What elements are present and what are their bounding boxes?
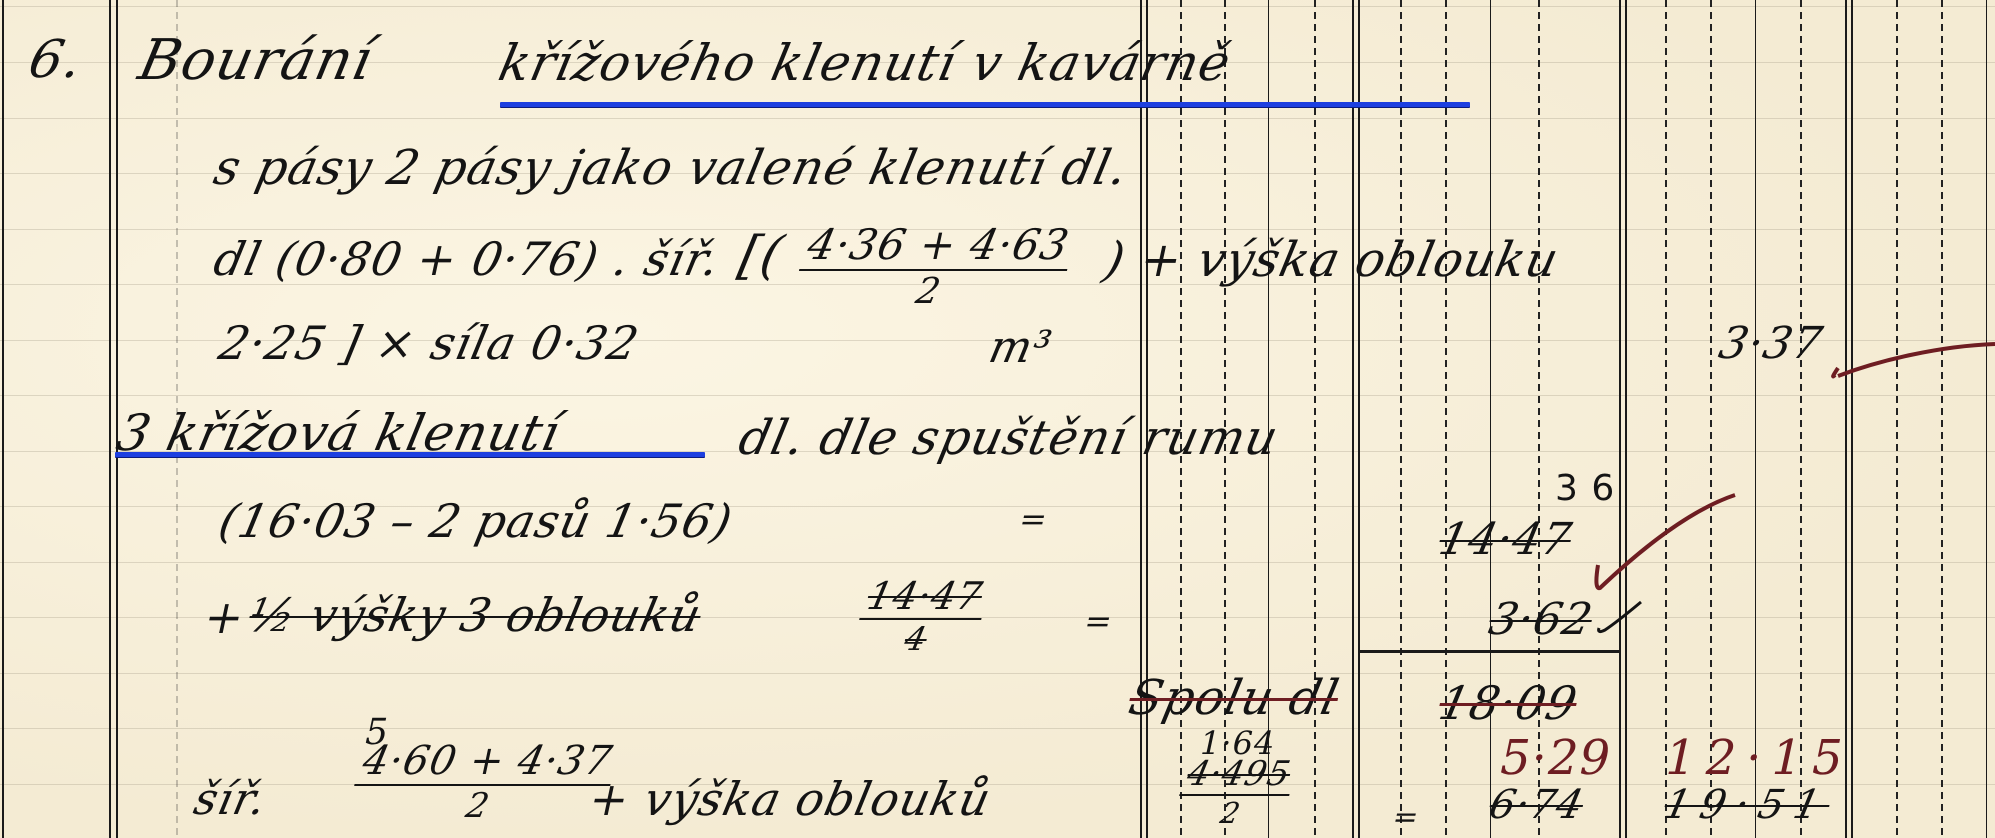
checkmark-icon bbox=[1595, 598, 1645, 638]
highlight-underline bbox=[115, 452, 705, 457]
line-9-fraction: 4·60 + 4·37 2 bbox=[346, 738, 621, 826]
total-18-09-struck: 18·09 bbox=[1434, 676, 1582, 730]
plus-sign: + bbox=[199, 590, 250, 644]
fraction-denominator: 2 bbox=[346, 786, 611, 826]
highlight-underline bbox=[500, 102, 1470, 107]
ledger-page: 6. Bourání křížového klenutí v kavárně s… bbox=[0, 0, 1995, 838]
column-line bbox=[1845, 0, 1847, 838]
equals-sign: = bbox=[1389, 800, 1423, 835]
margin-line bbox=[109, 0, 111, 838]
ruled-line bbox=[0, 118, 1995, 119]
column-dash-line bbox=[1941, 0, 1943, 838]
line-4-text: 2·25 ] × síla 0·32 bbox=[214, 316, 644, 370]
fraction-denominator: 2 bbox=[1172, 796, 1290, 830]
title-prefix: Bourání bbox=[133, 28, 379, 93]
equals-sign: = bbox=[1081, 602, 1117, 640]
column-dash-line bbox=[1400, 0, 1402, 838]
unit-m3: m³ bbox=[985, 322, 1057, 373]
column-line bbox=[1358, 0, 1360, 838]
title-highlighted: křížového klenutí v kavárně bbox=[494, 34, 1236, 92]
checkmark-icon bbox=[1590, 490, 1740, 600]
spolu-dl-struck: Spolu dl bbox=[1124, 670, 1344, 726]
ruled-line bbox=[0, 673, 1995, 674]
amount-14-47-struck: 14·47 bbox=[1435, 514, 1577, 565]
column-line bbox=[1851, 0, 1853, 838]
line-9-fraction-2: 4·495 2 bbox=[1172, 754, 1298, 830]
fraction-numerator-struck: 14·47 bbox=[859, 574, 991, 620]
line-2-text: s pásy 2 pásy jako valené klenutí dl. bbox=[209, 140, 1133, 196]
fraction-denominator: 2 bbox=[790, 271, 1067, 312]
column-line bbox=[1619, 0, 1621, 838]
margin-line bbox=[2, 0, 4, 838]
line-3-bracket: [( bbox=[734, 226, 789, 286]
column-line bbox=[1352, 0, 1354, 838]
amount-5-29-red: 5·29 bbox=[1494, 730, 1617, 786]
line-5-rest: dl. dle spuštění rumu bbox=[734, 410, 1284, 466]
fraction-numerator-struck: 4·495 bbox=[1179, 754, 1298, 796]
line-6-text: (16·03 – 2 pasů 1·56) bbox=[214, 494, 737, 548]
amount-3-37: 3·37 bbox=[1715, 318, 1828, 369]
column-dash-line bbox=[1710, 0, 1712, 838]
column-line bbox=[1625, 0, 1627, 838]
fraction-numerator: 4·60 + 4·37 bbox=[354, 738, 620, 786]
line-7-fraction: 14·47 4 bbox=[851, 574, 991, 658]
total-12-15-red: 12·15 bbox=[1659, 730, 1858, 786]
checkmark-icon bbox=[1830, 340, 1995, 380]
column-line bbox=[1755, 0, 1756, 838]
struck-text-half-height: ½ výšky 3 oblouků bbox=[244, 588, 706, 642]
column-dash-line bbox=[1665, 0, 1667, 838]
column-line bbox=[1986, 0, 1987, 838]
column-dash-line bbox=[1800, 0, 1802, 838]
line-9-lead: šíř. bbox=[190, 774, 272, 825]
ruled-line bbox=[0, 395, 1995, 396]
subtotal-rule bbox=[1360, 650, 1620, 653]
total-19-51-struck: 19·51 bbox=[1660, 782, 1834, 828]
ruled-line bbox=[0, 728, 1995, 729]
line-9-tail: + výška oblouků bbox=[584, 772, 996, 826]
fraction-numerator: 4·36 + 4·63 bbox=[799, 220, 1078, 271]
column-dash-line bbox=[1896, 0, 1898, 838]
line-3-tail: ) + výška oblouku bbox=[1099, 232, 1564, 288]
line-3-fraction: 4·36 + 4·63 2 bbox=[790, 220, 1077, 312]
margin-line bbox=[116, 0, 118, 838]
item-number: 6. bbox=[24, 30, 88, 90]
amount-6-74-struck: 6·74 bbox=[1485, 782, 1588, 828]
line-3-lead: dl (0·80 + 0·76) . šíř. bbox=[209, 232, 725, 286]
ruled-line bbox=[0, 6, 1995, 7]
amount-3-62-struck: 3·62 bbox=[1485, 594, 1598, 645]
fraction-denominator-struck: 4 bbox=[851, 620, 981, 658]
